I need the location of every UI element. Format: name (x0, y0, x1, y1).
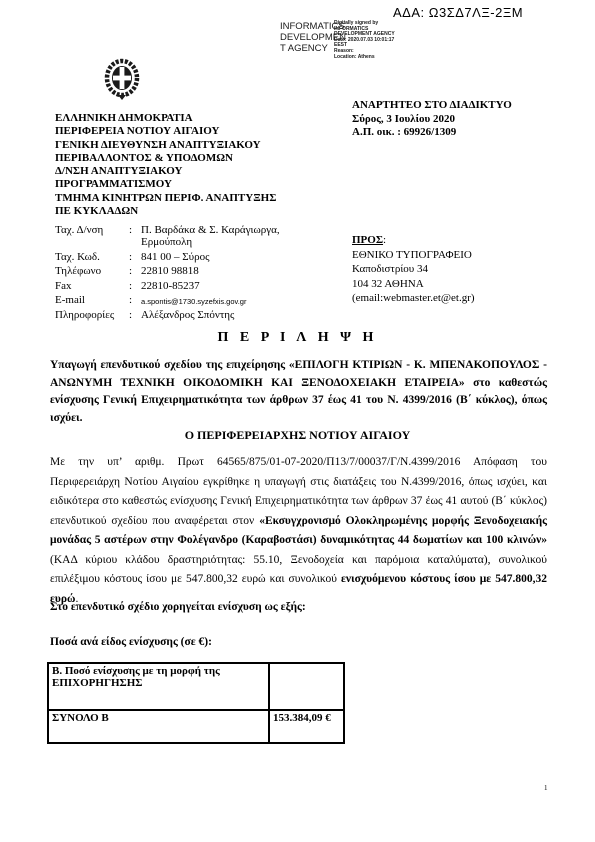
contact-email: a.spontis@1730.syzefxis.gov.gr (141, 294, 335, 306)
contact-value: 841 00 – Σύρος (141, 251, 335, 263)
recipient-email: (email:webmaster.et@et.gr) (352, 291, 475, 306)
contact-label: Fax (55, 280, 129, 292)
aid-type-cell: Β. Ποσό ενίσχυσης με τη μορφή της ΕΠΙΧΟΡ… (48, 663, 269, 710)
contact-row: Τηλέφωνο : 22810 98818 (55, 265, 335, 277)
sender-line: ΠΕΡΙΦΕΡΕΙΑ ΝΟΤΙΟΥ ΑΙΓΑΙΟΥ (55, 125, 276, 138)
contact-colon: : (129, 280, 141, 292)
sender-line: ΓΕΝΙΚΗ ΔΙΕΥΘΥΝΣΗ ΑΝΑΠΤΥΞΙΑΚΟΥ (55, 139, 276, 152)
recipient-pros-line: ΠΡΟΣ: (352, 233, 475, 248)
recipient-line: Καποδιστρίου 34 (352, 262, 475, 277)
sender-line: ΠΕΡΙΒΑΛΛΟΝΤΟΣ & ΥΠΟΔΟΜΩΝ (55, 152, 276, 165)
greek-coat-of-arms-icon (102, 57, 142, 106)
signature-details: Digitally signed by INFORMATICS DEVELOPM… (334, 21, 395, 60)
contact-label: Πληροφορίες (55, 309, 129, 321)
contact-label: Ταχ. Κωδ. (55, 251, 129, 263)
recipient-block: ΠΡΟΣ: ΕΘΝΙΚΟ ΤΥΠΟΓΡΑΦΕΙΟ Καποδιστρίου 34… (352, 233, 475, 306)
aid-amount-cell (269, 663, 344, 710)
anartiteo-label: ΑΝΑΡΤΗΤΕΟ ΣΤΟ ΔΙΑΔΙΚΤΥΟ (352, 99, 512, 113)
contact-row: Fax : 22810-85237 (55, 280, 335, 292)
total-label-cell: ΣΥΝΟΛΟ Β (48, 710, 269, 743)
contact-row: E-mail : a.spontis@1730.syzefxis.gov.gr (55, 294, 335, 306)
summary-paragraph: Υπαγωγή επενδυτικού σχεδίου της επιχείρη… (50, 357, 547, 427)
contact-colon: : (129, 309, 141, 321)
contact-value: 22810-85237 (141, 280, 335, 292)
table-row: ΣΥΝΟΛΟ Β 153.384,09 € (48, 710, 344, 743)
contact-colon: : (129, 251, 141, 263)
page-number: 1 (544, 784, 548, 792)
sender-block: ΕΛΛΗΝΙΚΗ ΔΗΜΟΚΡΑΤΙΑ ΠΕΡΙΦΕΡΕΙΑ ΝΟΤΙΟΥ ΑΙ… (55, 112, 276, 218)
sender-line: ΤΜΗΜΑ ΚΙΝΗΤΡΩΝ ΠΕΡΙΦ. ΑΝΑΠΤΥΞΗΣ (55, 192, 276, 205)
contact-colon: : (129, 294, 141, 306)
protocol-number: Α.Π. οικ. : 69926/1309 (352, 126, 512, 140)
document-page: ΑΔΑ: Ω3ΣΔ7ΛΞ-2ΞΜ INFORMATICS DEVELOPMEN … (0, 0, 595, 842)
contact-label: E-mail (55, 294, 129, 306)
sender-line: ΠΕ ΚΥΚΛΑΔΩΝ (55, 205, 276, 218)
contact-row: Ταχ. Δ/νση : Π. Βαρδάκα & Σ. Καράγιωργα,… (55, 224, 335, 248)
place-date: Σύρος, 3 Ιουλίου 2020 (352, 113, 512, 127)
contact-label: Τηλέφωνο (55, 265, 129, 277)
contact-row: Πληροφορίες : Αλέξανδρος Σπόντης (55, 309, 335, 321)
decision-heading: Ο ΠΕΡΙΦΕΡΕΙΑΡΧΗΣ ΝΟΤΙΟΥ ΑΙΓΑΙΟΥ (0, 428, 595, 443)
grant-intro: Στο επενδυτικό σχέδιο χορηγείται ενίσχυσ… (50, 601, 306, 613)
contact-colon: : (129, 224, 141, 236)
sender-line: ΕΛΛΗΝΙΚΗ ΔΗΜΟΚΡΑΤΙΑ (55, 112, 276, 125)
ada-code: ΑΔΑ: Ω3ΣΔ7ΛΞ-2ΞΜ (393, 5, 523, 20)
contact-row: Ταχ. Κωδ. : 841 00 – Σύρος (55, 251, 335, 263)
sender-line: Δ/ΝΣΗ ΑΝΑΠΤΥΞΙΑΚΟΥ (55, 165, 276, 178)
summary-title: Π Ε Ρ Ι Λ Η Ψ Η (0, 330, 595, 346)
sender-line: ΠΡΟΓΡΑΜΜΑΤΙΣΜΟΥ (55, 178, 276, 191)
contact-value: Αλέξανδρος Σπόντης (141, 309, 335, 321)
total-amount-cell: 153.384,09 € (269, 710, 344, 743)
contact-value: 22810 98818 (141, 265, 335, 277)
pros-colon: : (383, 234, 386, 246)
contact-value: Π. Βαρδάκα & Σ. Καράγιωργα, Ερμούπολη (141, 224, 335, 248)
table-row: Β. Ποσό ενίσχυσης με τη μορφή της ΕΠΙΧΟΡ… (48, 663, 344, 710)
contact-label: Ταχ. Δ/νση (55, 224, 129, 236)
contact-block: Ταχ. Δ/νση : Π. Βαρδάκα & Σ. Καράγιωργα,… (55, 224, 335, 323)
contact-colon: : (129, 265, 141, 277)
recipient-line: ΕΘΝΙΚΟ ΤΥΠΟΓΡΑΦΕΙΟ (352, 248, 475, 263)
body-paragraph: Με την υπ’ αριθμ. Πρωτ 64565/875/01-07-2… (50, 453, 547, 609)
recipient-line: 104 32 ΑΘΗΝΑ (352, 277, 475, 292)
signature-detail-line: Location: Athens (334, 55, 395, 61)
date-protocol-block: ΑΝΑΡΤΗΤΕΟ ΣΤΟ ΔΙΑΔΙΚΤΥΟ Σύρος, 3 Ιουλίου… (352, 99, 512, 140)
pros-label: ΠΡΟΣ (352, 234, 383, 246)
amounts-label: Ποσά ανά είδος ενίσχυσης (σε €): (50, 636, 212, 648)
aid-table: Β. Ποσό ενίσχυσης με τη μορφή της ΕΠΙΧΟΡ… (47, 662, 345, 744)
